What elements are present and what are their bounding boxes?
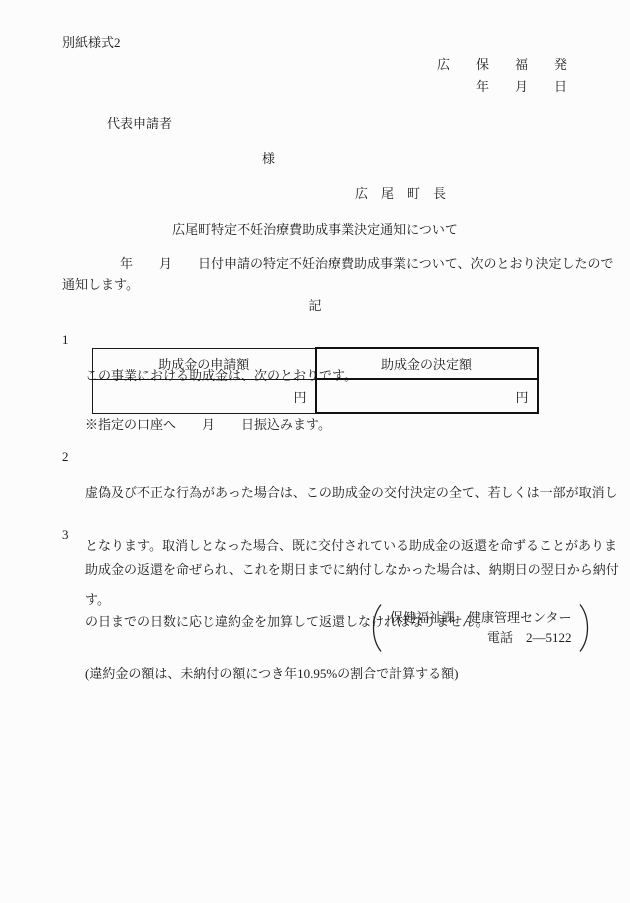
form-style-label: 別紙様式2: [62, 35, 121, 51]
item-1-number: 1: [62, 332, 85, 348]
right-parenthesis-bracket: [578, 603, 590, 653]
record-heading: 記: [0, 298, 630, 314]
document-title: 広尾町特定不妊治療費助成事業決定通知について: [0, 222, 630, 238]
grant-amount-table: 助成金の申請額 助成金の決定額 円 円: [92, 347, 539, 414]
item-2-text-line-1: 虚偽及び不正な行為があった場合は、この助成金の交付決定の全て、若しくは一部が取消…: [85, 482, 618, 503]
body-paragraph-line-2: 通知します。: [62, 277, 139, 293]
contact-department: 保健福祉課 健康管理センター: [390, 608, 571, 628]
contact-phone: 電話 2―5122: [390, 628, 571, 648]
document-ref-number: 広 保 福 発: [437, 57, 567, 73]
sender-mayor: 広 尾 町 長: [355, 186, 446, 202]
item-3-text-line-1: 助成金の返還を命ぜられ、これを期日までに納付しなかった場合は、納期日の翌日から納…: [85, 560, 619, 580]
issue-date-line: 年 月 日: [476, 79, 567, 95]
body-paragraph-line-1: 年 月 日付申請の特定不妊治療費助成事業について、次のとおり決定したので: [120, 256, 613, 272]
contact-info-block: 保健福祉課 健康管理センター 電話 2―5122: [371, 603, 590, 653]
item-3-number: 3: [62, 527, 85, 543]
addressee-label: 代表申請者: [107, 116, 172, 132]
table-header-row: 助成金の申請額 助成金の決定額: [93, 348, 538, 379]
left-parenthesis-bracket: [371, 603, 383, 653]
addressee-honorific: 様: [262, 151, 275, 167]
table-header-decision-amount: 助成金の決定額: [316, 348, 538, 379]
bank-transfer-note: ※指定の口座へ 月 日振込みます。: [85, 417, 331, 433]
table-header-application-amount: 助成金の申請額: [93, 348, 316, 379]
table-cell-decision-amount-yen: 円: [316, 379, 538, 413]
item-3-text-line-3: (違約金の額は、未納付の額につき年10.95%の割合で計算する額): [85, 664, 619, 684]
item-2-number: 2: [62, 449, 85, 465]
notice-document-page: 別紙様式2 広 保 福 発 年 月 日 代表申請者 様 広 尾 町 長 広尾町特…: [0, 0, 630, 903]
table-data-row: 円 円: [93, 379, 538, 413]
table-cell-application-amount-yen: 円: [93, 379, 316, 413]
